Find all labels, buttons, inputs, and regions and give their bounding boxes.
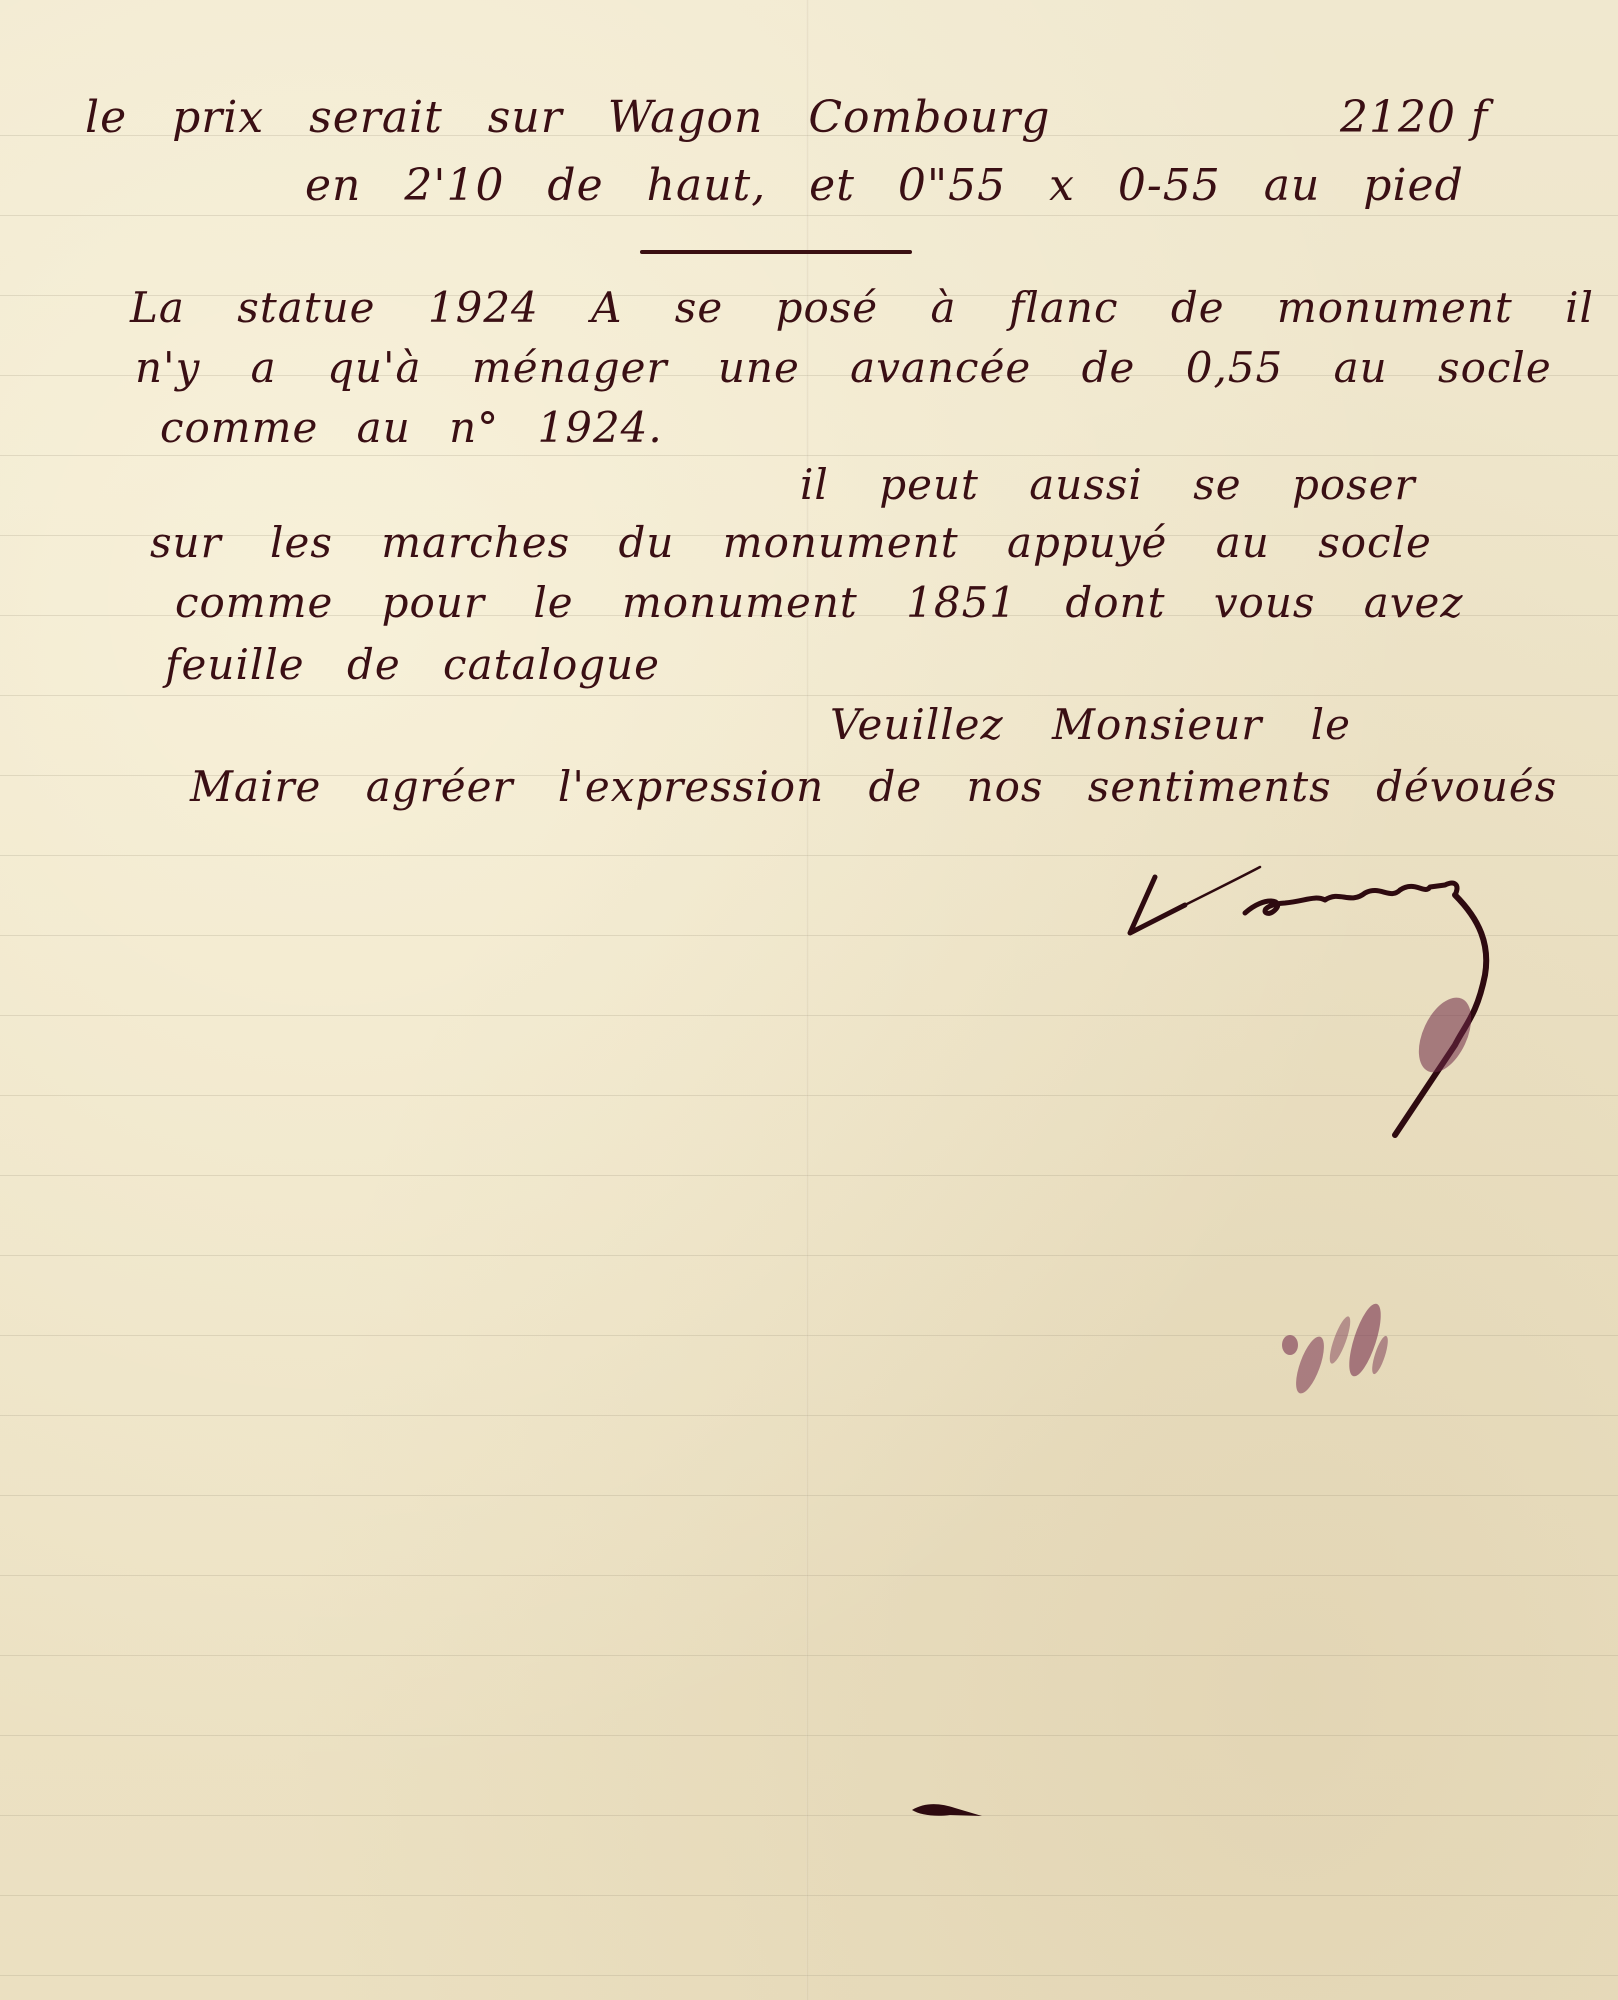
- ruled-line: [0, 1735, 1618, 1736]
- ruled-line: [0, 1575, 1618, 1576]
- body-line-6: comme pour le monument 1851 dont vous av…: [175, 578, 1464, 627]
- signature: L. Gimenez: [1125, 865, 1525, 1145]
- ruled-line: [0, 1255, 1618, 1256]
- closing-line-2: Maire agréer l'expression de nos sentime…: [190, 762, 1557, 811]
- body-line-2: n'y a qu'à ménager une avancée de 0,55 a…: [135, 343, 1552, 392]
- ruled-line: [0, 455, 1618, 456]
- body-line-1: La statue 1924 A se posé à flanc de monu…: [130, 283, 1594, 332]
- header-line-2: en 2'10 de haut, et 0"55 x 0-55 au pied: [305, 160, 1464, 211]
- ruled-line: [0, 695, 1618, 696]
- ruled-line: [0, 1175, 1618, 1176]
- header-price: 2120 f: [1340, 92, 1488, 143]
- ruled-line: [0, 1895, 1618, 1896]
- closing-line-1: Veuillez Monsieur le: [830, 700, 1351, 749]
- body-line-7: feuille de catalogue: [165, 640, 660, 689]
- ruled-line: [0, 215, 1618, 216]
- section-divider: [640, 250, 912, 254]
- ink-drop: [910, 1800, 985, 1822]
- body-line-3: comme au n° 1924.: [160, 403, 663, 452]
- ruled-line: [0, 1415, 1618, 1416]
- body-line-5: sur les marches du monument appuyé au so…: [150, 518, 1432, 567]
- header-line-1: le prix serait sur Wagon Combourg: [85, 92, 1050, 143]
- body-line-4: il peut aussi se poser: [800, 460, 1416, 509]
- ruled-line: [0, 1655, 1618, 1656]
- ruled-line: [0, 1495, 1618, 1496]
- ink-smudge: [1260, 1285, 1390, 1405]
- ruled-line: [0, 855, 1618, 856]
- ruled-line: [0, 1815, 1618, 1816]
- ruled-line: [0, 1975, 1618, 1976]
